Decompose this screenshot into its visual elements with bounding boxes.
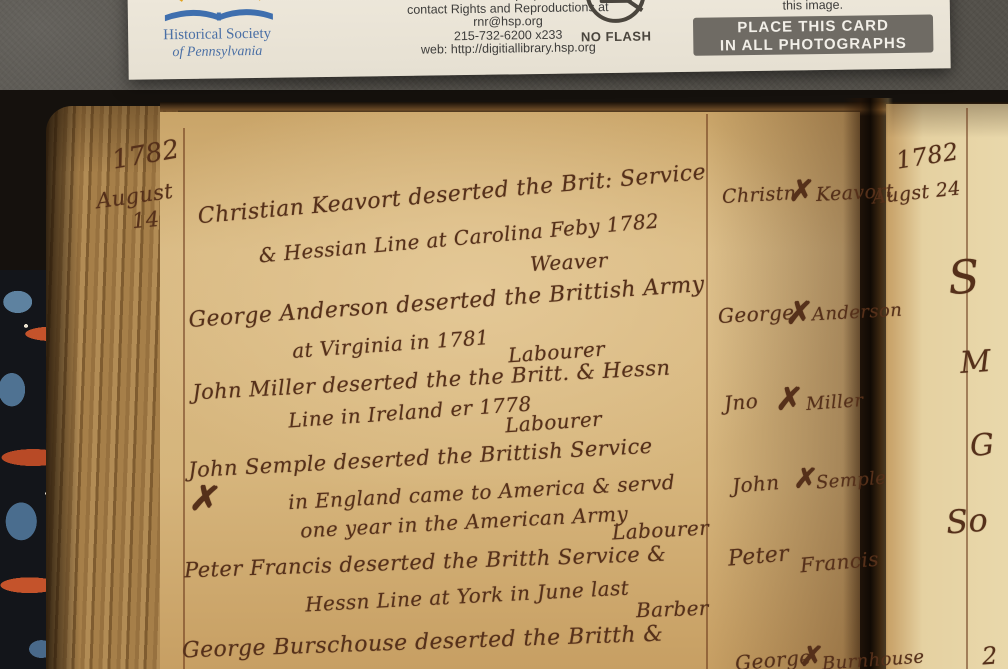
signature-name: Peter <box>727 541 790 571</box>
org-name-line1: Historical Society <box>142 25 292 44</box>
badge-line2: IN ALL PHOTOGRAPHS <box>693 34 933 55</box>
right-page-rule-line <box>966 108 968 669</box>
archival-photo: 1782 August 14 Christian Keavort deserte… <box>0 0 1008 669</box>
signature-name: Jno <box>723 389 759 416</box>
signature-name: Miller <box>805 390 864 415</box>
signature-column-rule-line <box>706 114 708 669</box>
entry-occupation: Barber <box>636 596 710 623</box>
entry-occupation: Labourer <box>611 515 709 544</box>
place-card-badge: PLACE THIS CARD IN ALL PHOTOGRAPHS <box>693 14 934 55</box>
margin-rule-line <box>183 128 185 669</box>
usage-line: this image. <box>693 0 933 14</box>
right-page-fragment: G <box>969 427 996 464</box>
right-page-fragment: 2 <box>981 641 999 669</box>
right-page-fragment: So <box>945 501 990 542</box>
org-name-line2: of Pennsylvania <box>142 42 292 61</box>
entry-occupation: Weaver <box>529 248 608 276</box>
his-mark-icon: ✗ <box>788 173 816 210</box>
his-mark-icon: ✗ <box>785 293 815 333</box>
his-mark-icon: ✗ <box>775 379 805 419</box>
margin-day: 14 <box>131 207 161 233</box>
right-page-fragment: S <box>946 249 982 305</box>
hsp-reproduction-card: Historical Society of Pennsylvania For a… <box>127 0 950 80</box>
no-flash-label: NO FLASH <box>566 28 666 44</box>
right-page-fragment: M <box>959 344 992 381</box>
usage-note: Commercial usage rights this image. <box>693 0 933 14</box>
signature-name: John <box>731 470 780 498</box>
signature-name: George <box>717 300 795 328</box>
margin-cross-mark-icon: ✗ <box>187 476 223 522</box>
open-book-logo-icon <box>156 0 277 27</box>
signature-name: Christn <box>721 182 796 208</box>
hsp-logo: Historical Society of Pennsylvania <box>141 0 292 62</box>
